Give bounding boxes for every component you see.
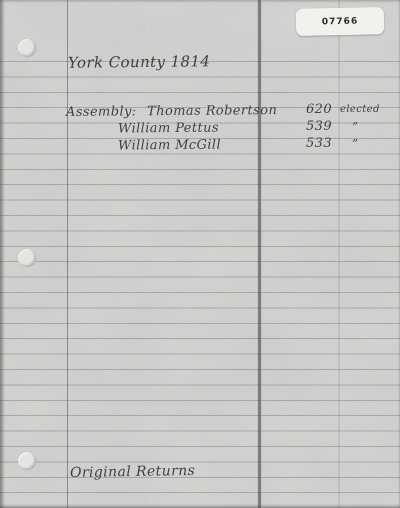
scan-edge-left: [0, 0, 5, 508]
office-label: Assembly:: [66, 104, 137, 120]
vote-count: 533: [306, 137, 332, 150]
hole-punch-middle: [18, 249, 36, 267]
catalog-number-label: 07766: [296, 7, 385, 36]
scan-edge-top: [0, 0, 400, 3]
candidate-row: William Pettus: [118, 122, 219, 136]
footer-note: Original Returns: [70, 464, 195, 480]
ditto-mark: ”: [352, 121, 359, 133]
result-note: elected: [340, 105, 380, 115]
ditto-mark: ”: [352, 138, 359, 150]
vote-count: 539: [306, 120, 332, 133]
hole-punch-top: [18, 39, 36, 57]
candidate-name: William McGill: [118, 138, 221, 154]
scanned-ledger-page: 07766 York County 1814 Assembly: Thomas …: [0, 0, 400, 508]
candidate-name: Thomas Robertson: [147, 103, 277, 119]
scan-edge-bottom: [0, 504, 400, 508]
catalog-number: 07766: [322, 16, 359, 27]
candidate-name: William Pettus: [118, 121, 219, 137]
vote-count: 620: [306, 103, 332, 116]
left-margin-line: [67, 0, 68, 508]
column-divider-line: [258, 0, 261, 508]
hole-punch-bottom: [18, 452, 36, 470]
paper-crease: [338, 0, 340, 508]
candidate-row: Assembly: Thomas Robertson: [66, 104, 277, 119]
candidate-row: William McGill: [118, 139, 221, 153]
page-title: York County 1814: [68, 54, 210, 70]
